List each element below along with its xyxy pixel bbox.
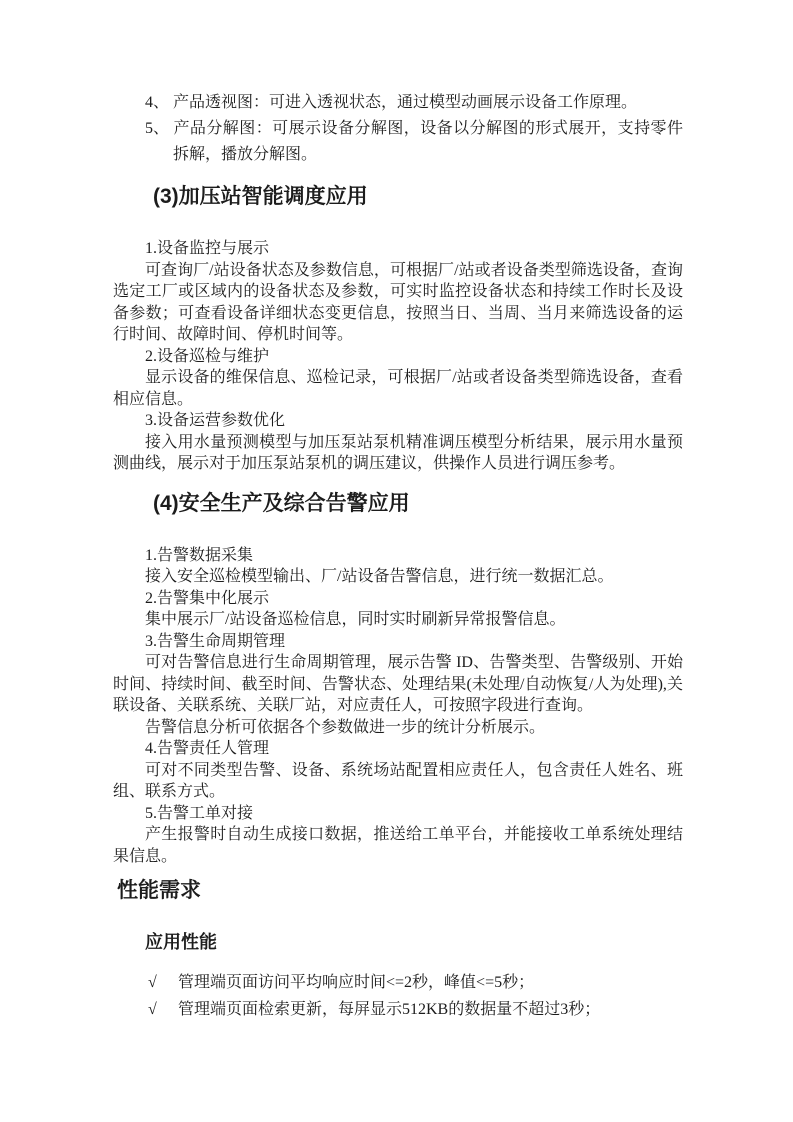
application-performance-heading: 应用性能 <box>145 929 683 955</box>
section-heading-4: (4)安全生产及综合告警应用 <box>153 489 683 519</box>
check-icon: √ <box>148 969 178 996</box>
paragraph: 可对告警信息进行生命周期管理，展示告警 ID、告警类型、告警级别、开始时间、持续… <box>113 652 683 717</box>
sub-item-title: 4.告警责任人管理 <box>113 738 683 760</box>
paragraph: 接入安全巡检模型输出、厂/站设备告警信息，进行统一数据汇总。 <box>113 566 683 588</box>
sub-item-title: 3.设备运营参数优化 <box>113 410 683 432</box>
check-item: √管理端页面检索更新，每屏显示512KB的数据量不超过3秒； <box>113 996 683 1023</box>
sub-item-title: 2.告警集中化展示 <box>113 588 683 610</box>
paragraph: 可查询厂/站设备状态及参数信息，可根据厂/站或者设备类型筛选设备，查询选定工厂或… <box>113 260 683 346</box>
performance-check-list: √管理端页面访问平均响应时间<=2秒，峰值<=5秒； √管理端页面检索更新，每屏… <box>113 969 683 1023</box>
sub-item-title: 5.告警工单对接 <box>113 803 683 825</box>
section-4-body: 1.告警数据采集 接入安全巡检模型输出、厂/站设备告警信息，进行统一数据汇总。 … <box>113 545 683 868</box>
check-item-text: 管理端页面检索更新，每屏显示512KB的数据量不超过3秒； <box>178 1001 600 1018</box>
list-item: 4、产品透视图：可进入透视状态，通过模型动画展示设备工作原理。 <box>113 90 683 116</box>
paragraph: 集中展示厂/站设备巡检信息，同时实时刷新异常报警信息。 <box>113 609 683 631</box>
section-3-body: 1.设备监控与展示 可查询厂/站设备状态及参数信息，可根据厂/站或者设备类型筛选… <box>113 238 683 475</box>
list-item: 5、产品分解图：可展示设备分解图，设备以分解图的形式展开，支持零件拆解，播放分解… <box>113 116 683 168</box>
paragraph: 可对不同类型告警、设备、系统场站配置相应责任人，包含责任人姓名、班组、联系方式。 <box>113 760 683 803</box>
list-item-number: 5、 <box>145 116 173 142</box>
sub-item-title: 2.设备巡检与维护 <box>113 346 683 368</box>
list-item-text: 产品透视图：可进入透视状态，通过模型动画展示设备工作原理。 <box>173 94 637 111</box>
check-item: √管理端页面访问平均响应时间<=2秒，峰值<=5秒； <box>113 969 683 996</box>
product-view-list: 4、产品透视图：可进入透视状态，通过模型动画展示设备工作原理。 5、产品分解图：… <box>113 90 683 168</box>
performance-heading: 性能需求 <box>117 876 683 906</box>
paragraph: 告警信息分析可依据各个参数做进一步的统计分析展示。 <box>113 717 683 739</box>
paragraph: 显示设备的维保信息、巡检记录，可根据厂/站或者设备类型筛选设备，查看相应信息。 <box>113 367 683 410</box>
document-page: 4、产品透视图：可进入透视状态，通过模型动画展示设备工作原理。 5、产品分解图：… <box>0 0 793 1122</box>
list-item-text: 产品分解图：可展示设备分解图，设备以分解图的形式展开，支持零件拆解，播放分解图。 <box>173 120 683 163</box>
paragraph: 接入用水量预测模型与加压泵站泵机精准调压模型分析结果，展示用水量预测曲线，展示对… <box>113 432 683 475</box>
section-heading-3: (3)加压站智能调度应用 <box>153 182 683 212</box>
sub-item-title: 3.告警生命周期管理 <box>113 631 683 653</box>
paragraph: 产生报警时自动生成接口数据，推送给工单平台，并能接收工单系统处理结果信息。 <box>113 824 683 867</box>
check-item-text: 管理端页面访问平均响应时间<=2秒，峰值<=5秒； <box>178 974 534 991</box>
sub-item-title: 1.告警数据采集 <box>113 545 683 567</box>
sub-item-title: 1.设备监控与展示 <box>113 238 683 260</box>
check-icon: √ <box>148 996 178 1023</box>
list-item-number: 4、 <box>145 90 173 116</box>
